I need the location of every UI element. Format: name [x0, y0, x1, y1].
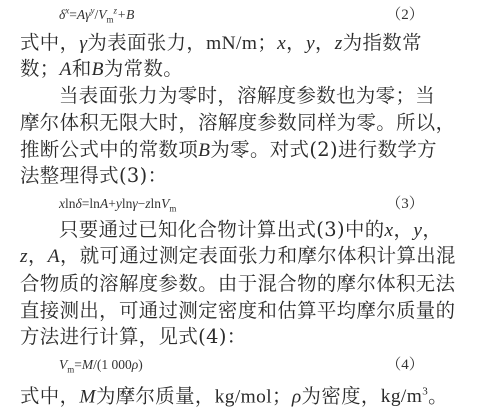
eq4-equals: = — [74, 357, 82, 372]
symbol-b: B — [198, 140, 210, 161]
eq4-divisor: /(1 000 — [93, 357, 132, 372]
eq3-ln: ln — [65, 196, 76, 211]
p2-line-4: 法整理得式(3)： — [20, 163, 415, 189]
text: 式中， — [20, 384, 79, 407]
eq2-v: V — [98, 7, 106, 22]
eq2-a-gamma: Aγ — [77, 7, 91, 22]
text: 为指数常 — [343, 31, 422, 54]
eq4-m: M — [82, 357, 93, 372]
unit-base: kg/m — [381, 386, 422, 407]
eq3-a: A — [100, 196, 108, 211]
text: 为常数。 — [104, 57, 183, 80]
text: ， — [286, 31, 306, 54]
eq3-ln: ln — [122, 196, 133, 211]
symbol-a: A — [60, 59, 72, 80]
p3-line-2: z，A，就可通过测定表面张力和摩尔体积计算出混 — [20, 243, 415, 269]
symbol-x: x — [277, 33, 286, 54]
text: ， — [422, 218, 442, 241]
symbol-z: z — [20, 246, 28, 267]
symbol-y: y — [413, 220, 422, 241]
text: ， — [315, 31, 335, 54]
unit-mn-per-m: mN/m — [206, 33, 257, 54]
eq4-close-paren: ) — [138, 357, 143, 372]
text: ， — [394, 218, 414, 241]
p3-line-1: 只要通过已知化合物计算出式(3)中的x，y， — [59, 217, 454, 243]
eq3-v-subscript: m — [169, 204, 176, 214]
p3-line-5: 方法进行计算，见式(4)： — [20, 324, 415, 350]
text: 式中， — [20, 31, 79, 54]
text: ； — [257, 31, 277, 54]
equation-3: xlnδ=lnA+ylnγ−zlnVm — [59, 194, 176, 214]
equation-4: Vm=M/(1 000ρ) — [59, 355, 143, 375]
text: 和 — [72, 57, 92, 80]
equation-2: δx=Aγy/Vmz+B — [59, 5, 134, 25]
eq3-plus: + — [108, 196, 116, 211]
text: 只要通过已知化合物计算出式(3)中的 — [59, 218, 385, 241]
symbol-y: y — [306, 33, 315, 54]
p3-line-4: 直接测出，可通过测定密度和估算平均摩尔质量的 — [20, 298, 415, 324]
symbol-rho: ρ — [292, 386, 302, 407]
eq4-v: V — [59, 357, 67, 372]
p2-line-2: 摩尔体积无限大时，溶解度参数同样为零。所以， — [20, 110, 415, 136]
text: 数； — [20, 57, 60, 80]
symbol-x: x — [385, 220, 394, 241]
symbol-b: B — [92, 59, 104, 80]
p3-line-3: 合物质的溶解度参数。由于混合物的摩尔体积无法 — [20, 271, 415, 297]
text: 为零。对式(2)进行数学方 — [210, 138, 437, 161]
p2-line-3: 推断公式中的常数项B为零。对式(2)进行数学方 — [20, 137, 415, 163]
text: 为密度， — [302, 384, 381, 407]
text: 为表面张力， — [87, 31, 206, 54]
p4-line-1: 式中，M为摩尔质量，kg/mol；ρ为密度，kg/m3。 — [20, 379, 415, 405]
unit-kg-per-m3: kg/m3 — [381, 386, 428, 407]
p2-line-1: 当表面张力为零时，溶解度参数也为零；当 — [59, 83, 454, 109]
text: 为摩尔质量， — [96, 384, 215, 407]
text: ， — [28, 244, 48, 267]
equation-4-number: （4） — [385, 355, 425, 375]
document-page: δx=Aγy/Vmz+B （2） 式中，γ为表面张力，mN/m；x，y，z为指数… — [0, 0, 484, 407]
eq2-equals: = — [69, 7, 77, 22]
p1-line-2: 数；A和B为常数。 — [20, 56, 415, 82]
equation-2-number: （2） — [385, 5, 425, 25]
symbol-m: M — [79, 386, 96, 407]
eq2-plus-b: +B — [117, 7, 134, 22]
unit-kg-per-mol: kg/mol — [215, 386, 272, 407]
text: ； — [272, 384, 292, 407]
equation-3-number: （3） — [385, 194, 425, 214]
text: ，就可通过测定表面张力和摩尔体积计算出混 — [60, 244, 456, 267]
text: 。 — [428, 384, 448, 407]
text: 推断公式中的常数项 — [20, 138, 198, 161]
eq2-v-subscript: m — [107, 15, 114, 25]
eq3-ln: ln — [151, 196, 162, 211]
symbol-z: z — [335, 33, 343, 54]
p1-line-1: 式中，γ为表面张力，mN/m；x，y，z为指数常 — [20, 30, 415, 56]
eq3-ln: ln — [89, 196, 100, 211]
symbol-a: A — [48, 246, 60, 267]
